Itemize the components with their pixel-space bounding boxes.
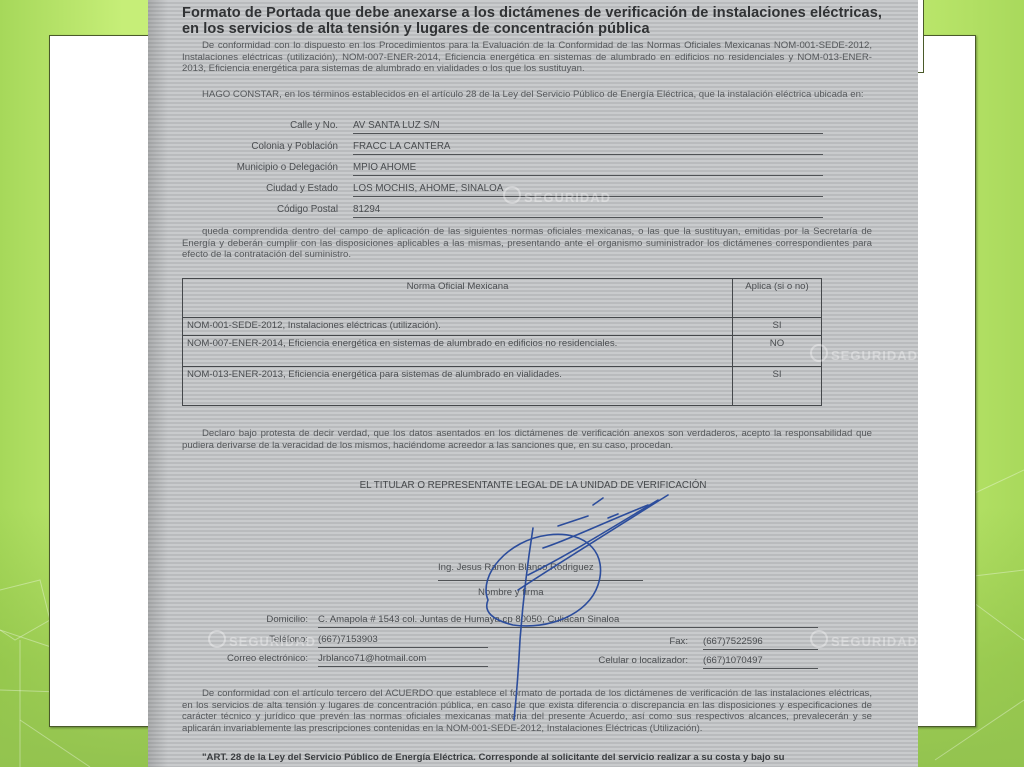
cell-norma: NOM-013-ENER-2013, Eficiencia energética… (183, 367, 733, 406)
shield-icon (503, 186, 521, 204)
watermark-text: SEGURIDAD (831, 348, 918, 363)
field-label: Colonia y Población (148, 141, 338, 152)
field-value: AV SANTA LUZ S/N (353, 120, 823, 134)
celular-value: (667)1070497 (703, 655, 818, 669)
field-label: Municipio o Delegación (148, 162, 338, 173)
header-norma: Norma Oficial Mexicana (183, 279, 733, 318)
table-header-row: Norma Oficial Mexicana Aplica (si o no) (183, 279, 822, 318)
watermark-text: SEGURIDAD (831, 634, 918, 649)
field-value: 81294 (353, 204, 823, 218)
cell-aplica: SI (733, 318, 822, 336)
celular-label: Celular o localizador: (558, 655, 688, 666)
art28-paragraph: "ART. 28 de la Ley del Servicio Público … (182, 752, 872, 764)
signatory-heading: EL TITULAR O REPRESENTANTE LEGAL DE LA U… (148, 480, 918, 491)
intro-paragraph: De conformidad con lo dispuesto en los P… (182, 40, 872, 75)
shield-icon (810, 344, 828, 362)
cell-aplica: NO (733, 336, 822, 367)
watermark-text: SEGURIDAD (524, 190, 611, 205)
field-label: Calle y No. (148, 120, 338, 131)
domicilio-value: C. Amapola # 1543 col. Juntas de Humaya … (318, 614, 818, 628)
nom-table: Norma Oficial Mexicana Aplica (si o no) … (182, 278, 822, 406)
scanned-document: Formato de Portada que debe anexarse a l… (148, 0, 918, 767)
declaration-paragraph: Declaro bajo protesta de decir verdad, q… (182, 428, 872, 451)
telefono-value: (667)7153903 (318, 634, 488, 648)
shield-icon (810, 630, 828, 648)
scope-paragraph: queda comprendida dentro del campo de ap… (182, 226, 872, 261)
field-label: Ciudad y Estado (148, 183, 338, 194)
field-label: Código Postal (148, 204, 338, 215)
header-aplica: Aplica (si o no) (733, 279, 822, 318)
fax-value: (667)7522596 (703, 636, 818, 650)
field-value: FRACC LA CANTERA (353, 141, 823, 155)
correo-value: Jrblanco71@hotmail.com (318, 653, 488, 667)
table-row: NOM-007-ENER-2014, Eficiencia energética… (183, 336, 822, 367)
fax-label: Fax: (588, 636, 688, 647)
watermark-seguridad: SEGURIDAD (208, 630, 316, 649)
table-row: NOM-013-ENER-2013, Eficiencia energética… (183, 367, 822, 406)
watermark-text: SEGURIDAD (229, 634, 316, 649)
signature-caption: Nombre y firma (478, 587, 544, 598)
cell-norma: NOM-007-ENER-2014, Eficiencia energética… (183, 336, 733, 367)
correo-label: Correo electrónico: (178, 653, 308, 664)
signatory-name: Ing. Jesus Ramon Blanco Rodriguez (438, 562, 594, 573)
signature-line (438, 580, 643, 581)
domicilio-label: Domicilio: (208, 614, 308, 625)
field-value: MPIO AHOME (353, 162, 823, 176)
document-title: Formato de Portada que debe anexarse a l… (182, 5, 882, 37)
watermark-seguridad: SEGURIDAD (810, 344, 918, 363)
watermark-seguridad: SEGURIDAD (503, 186, 611, 205)
shield-icon (208, 630, 226, 648)
hago-constar-paragraph: HAGO CONSTAR, en los términos establecid… (182, 89, 872, 101)
watermark-seguridad: SEGURIDAD (810, 630, 918, 649)
cell-aplica: SI (733, 367, 822, 406)
table-row: NOM-001-SEDE-2012, Instalaciones eléctri… (183, 318, 822, 336)
cell-norma: NOM-001-SEDE-2012, Instalaciones eléctri… (183, 318, 733, 336)
closing-paragraph: De conformidad con el artículo tercero d… (182, 688, 872, 734)
